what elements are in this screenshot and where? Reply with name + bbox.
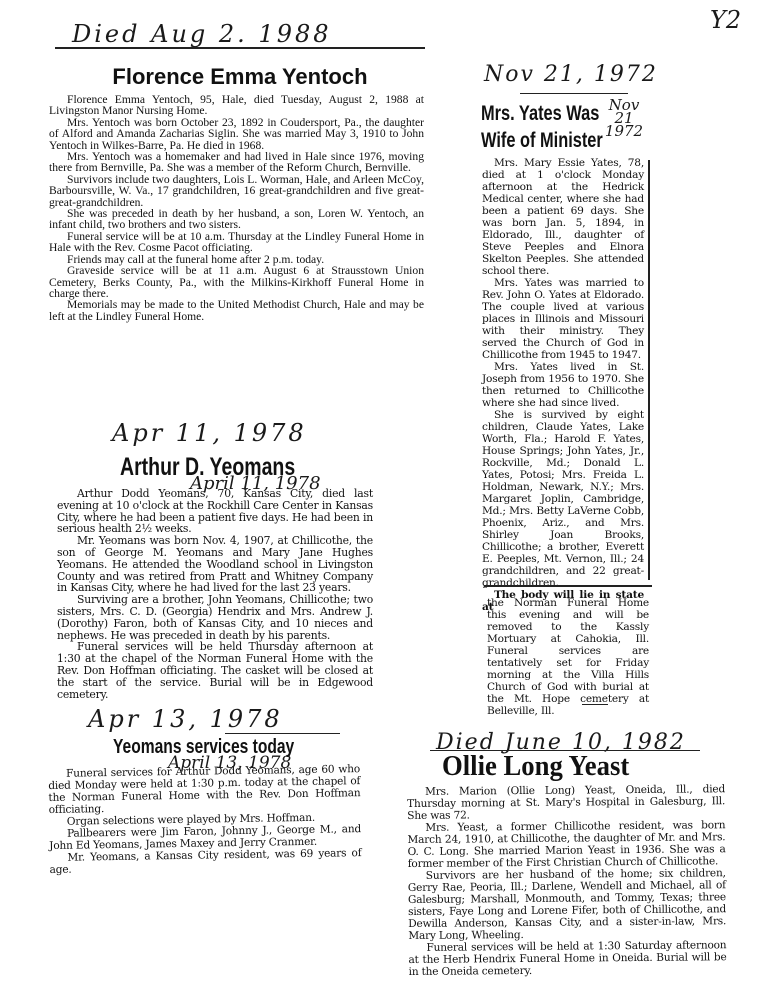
handwritten-date: Apr 13, 1978 — [88, 705, 283, 733]
paragraph: Mrs. Yeast, a former Chillicothe residen… — [407, 819, 725, 870]
paragraph: Arthur Dodd Yeomans, 70, Kansas City, di… — [57, 488, 373, 535]
paragraph: Mrs. Marion (Ollie Long) Yeast, Oneida, … — [407, 783, 725, 822]
paragraph: Surviving are a brother, John Yeomans, C… — [57, 594, 373, 641]
paragraph: Memorials may be made to the United Meth… — [49, 299, 424, 322]
paragraph: the Norman Funeral Home this evening and… — [487, 597, 649, 717]
paragraph: Funeral services will be held at 1:30 Sa… — [408, 939, 726, 978]
paragraph: Funeral services for Arthur Dodd Yeomans… — [48, 763, 361, 816]
obituary-body: Mrs. Marion (Ollie Long) Yeast, Oneida, … — [407, 783, 727, 978]
obituary-title: Mrs. Yates Was Wife of Minister — [481, 100, 606, 154]
obituary-body: Mrs. Mary Essie Yates, 78, died at 1 o'c… — [482, 157, 644, 613]
obituary-title: Ollie Long Yeast — [442, 750, 629, 783]
obituary-body: Funeral services for Arthur Dodd Yeomans… — [48, 763, 362, 876]
paragraph: Funeral services will be held Thursday a… — [57, 641, 373, 700]
paragraph: Florence Emma Yentoch, 95, Hale, died Tu… — [49, 94, 424, 117]
paragraph: Mrs. Yates lived in St. Joseph from 1956… — [482, 361, 644, 409]
obituary-body: Arthur Dodd Yeomans, 70, Kansas City, di… — [57, 488, 373, 700]
column-border — [648, 160, 650, 580]
paragraph: Survivors include two daughters, Lois L.… — [49, 174, 424, 208]
paragraph: Mr. Yeomans was born Nov. 4, 1907, at Ch… — [57, 535, 373, 594]
obituary-body: Florence Emma Yentoch, 95, Hale, died Tu… — [49, 94, 424, 322]
paragraph: She was preceded in death by her husband… — [49, 208, 424, 231]
obituary-continuation: the Norman Funeral Home this evening and… — [487, 597, 649, 717]
underline-rule — [55, 47, 425, 49]
paragraph: Mr. Yeomans, a Kansas City resident, was… — [49, 847, 361, 876]
paragraph: Funeral service will be at 10 a.m. Thurs… — [49, 231, 424, 254]
handwritten-date: Apr 11, 1978 — [112, 419, 307, 447]
end-rule — [582, 704, 608, 705]
underline-rule — [225, 733, 340, 734]
paragraph: Mrs. Yentoch was a homemaker and had liv… — [49, 151, 424, 174]
handwritten-page-mark: Y2 — [710, 6, 741, 34]
underline-rule — [520, 93, 628, 94]
paragraph: Graveside service will be at 11 a.m. Aug… — [49, 265, 424, 299]
title-line: Mrs. Yates Was — [481, 100, 606, 127]
paragraph: Mrs. Mary Essie Yates, 78, died at 1 o'c… — [482, 157, 644, 277]
paragraph: Survivors are her husband of the home; s… — [408, 867, 727, 942]
handwritten-annotation: Nov 21 1972 — [600, 99, 648, 138]
paragraph: Mrs. Yentoch was born October 23, 1892 i… — [49, 117, 424, 151]
column-border — [484, 585, 652, 587]
paragraph: She is survived by eight children, Claud… — [482, 409, 644, 589]
obituary-title: Florence Emma Yentoch — [55, 64, 425, 90]
handwritten-date: Died Aug 2. 1988 — [72, 20, 332, 48]
paragraph: Mrs. Yates was married to Rev. John O. Y… — [482, 277, 644, 361]
title-line: Wife of Minister — [481, 127, 606, 154]
handwritten-date: Nov 21, 1972 — [484, 62, 658, 87]
